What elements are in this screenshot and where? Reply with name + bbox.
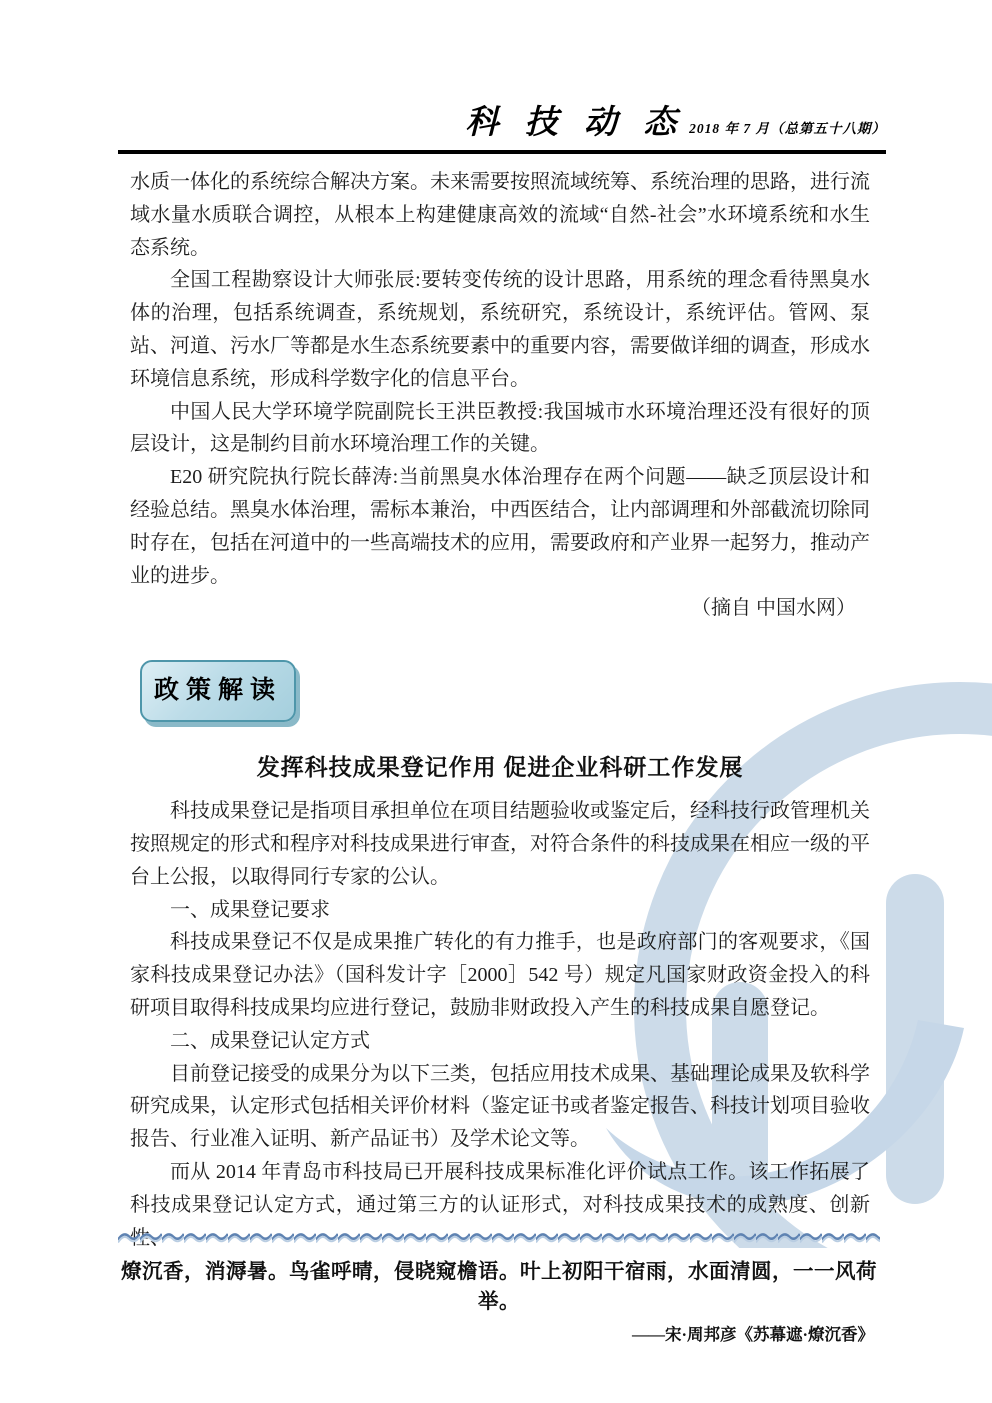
article-subheading: 二、成果登记认定方式 <box>130 1025 870 1058</box>
body-paragraph: E20 研究院执行院长薛涛:当前黑臭水体治理存在两个问题——缺乏顶层设计和经验总… <box>130 461 870 592</box>
section-badge-label: 政策解读 <box>154 677 282 704</box>
journal-issue-info: 2018 年 7 月（总第五十八期） <box>689 121 886 136</box>
document-page: 科 技 动 态2018 年 7 月（总第五十八期） 水质一体化的系统综合解决方案… <box>0 0 992 1403</box>
header-rule <box>118 150 886 154</box>
journal-title: 科 技 动 态 <box>465 105 685 141</box>
wave-divider <box>118 1230 880 1246</box>
page-content: 水质一体化的系统综合解决方案。未来需要按照流域统筹、系统治理的思路，进行流域水量… <box>130 166 870 1254</box>
footer-poem: 燎沉香，消溽暑。鸟雀呼晴，侵晓窥檐语。叶上初阳干宿雨，水面清圆，一一风荷举。 <box>118 1254 880 1314</box>
body-paragraph: 全国工程勘察设计大师张辰:要转变传统的设计思路，用系统的理念看待黑臭水体的治理，… <box>130 264 870 395</box>
body-paragraph: 水质一体化的系统综合解决方案。未来需要按照流域统筹、系统治理的思路，进行流域水量… <box>130 166 870 264</box>
article-paragraph: 科技成果登记不仅是成果推广转化的有力推手，也是政府部门的客观要求，《国家科技成果… <box>130 926 870 1024</box>
footer-poem-attribution: ——宋·周邦彦《苏幕遮·燎沉香》 <box>118 1321 880 1345</box>
page-header: 科 技 动 态2018 年 7 月（总第五十八期） <box>118 96 886 154</box>
journal-masthead: 科 技 动 态2018 年 7 月（总第五十八期） <box>118 96 886 143</box>
article-title: 发挥科技成果登记作用 促进企业科研工作发展 <box>130 749 870 782</box>
article-paragraph: 科技成果登记是指项目承担单位在项目结题验收或鉴定后，经科技行政管理机关按照规定的… <box>130 795 870 893</box>
page-footer: 燎沉香，消溽暑。鸟雀呼晴，侵晓窥檐语。叶上初阳干宿雨，水面清圆，一一风荷举。 —… <box>118 1230 880 1345</box>
source-attribution: （摘自 中国水网） <box>130 592 870 625</box>
body-paragraph: 中国人民大学环境学院副院长王洪臣教授:我国城市水环境治理还没有很好的顶层设计，这… <box>130 396 870 462</box>
article-paragraph: 目前登记接受的成果分为以下三类，包括应用技术成果、基础理论成果及软科学研究成果，… <box>130 1058 870 1156</box>
section-badge-policy-interpretation: 政策解读 <box>140 660 296 722</box>
article-subheading: 一、成果登记要求 <box>130 894 870 927</box>
